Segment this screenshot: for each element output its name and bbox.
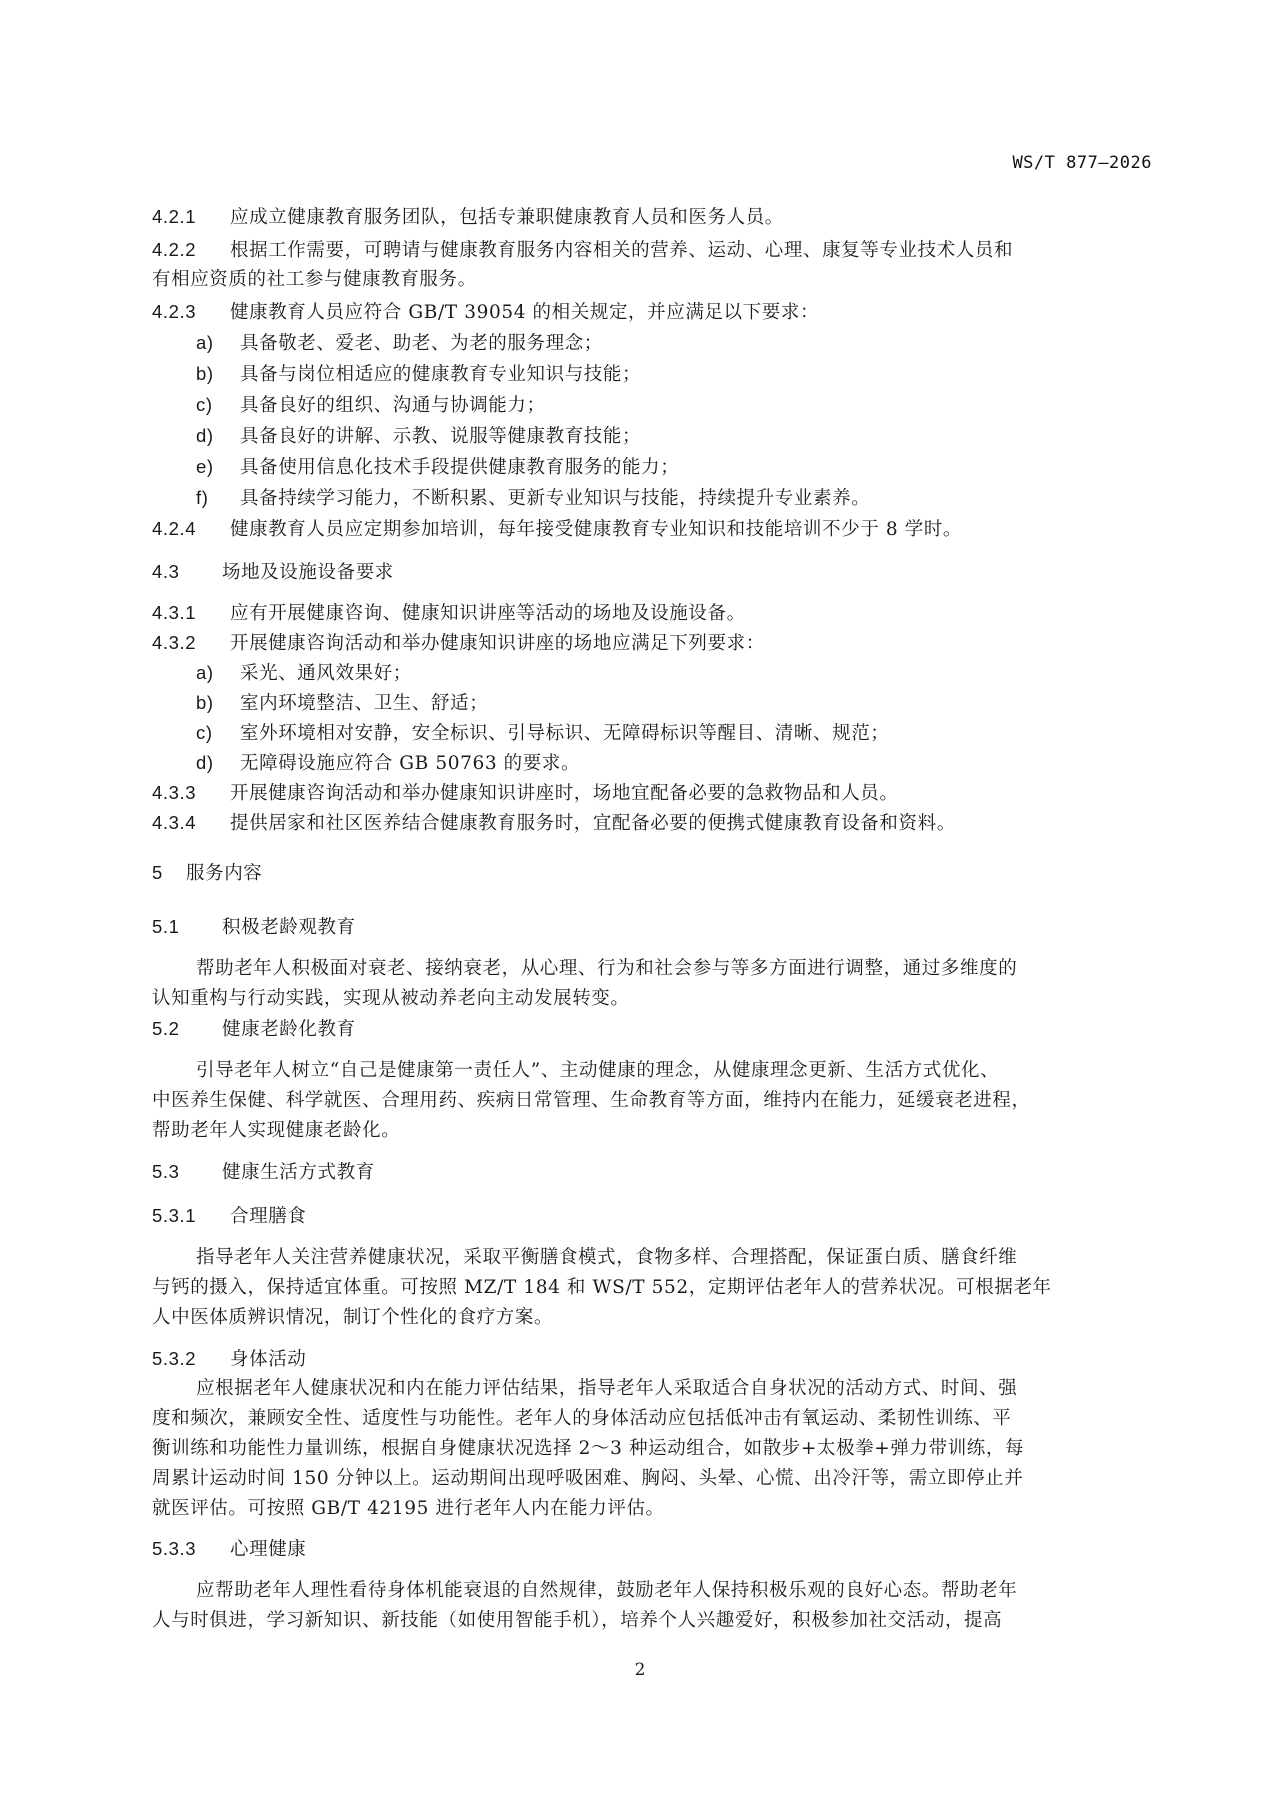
- paragraph-line: 指导老年人关注营养健康状况，采取平衡膳食模式，食物多样、合理搭配，保证蛋白质、膳…: [196, 1246, 1017, 1270]
- paragraph-line: 度和频次，兼顾安全性、适度性与功能性。老年人的身体活动应包括低冲击有氧运动、柔韧…: [152, 1407, 1012, 1431]
- clause-text: 开展健康咨询活动和举办健康知识讲座的场地应满足下列要求：: [230, 633, 765, 654]
- heading-number: 5: [152, 861, 186, 885]
- list-label: a): [196, 661, 240, 685]
- section-heading-4-3: 4.3场地及设施设备要求: [152, 560, 394, 585]
- clause-text: 开展健康咨询活动和举办健康知识讲座时，场地宜配备必要的急救物品和人员。: [230, 783, 899, 804]
- clause-text: 应成立健康教育服务团队，包括专兼职健康教育人员和医务人员。: [230, 207, 784, 228]
- paragraph-line: 应根据老年人健康状况和内在能力评估结果，指导老年人采取适合自身状况的活动方式、时…: [196, 1377, 1017, 1401]
- clause-number: 4.3.4: [152, 811, 230, 835]
- heading-number: 5.3: [152, 1160, 222, 1184]
- list-text: 采光、通风效果好；: [240, 663, 412, 684]
- heading-title: 服务内容: [186, 863, 262, 884]
- list-text: 具备敬老、爱老、助老、为老的服务理念；: [240, 333, 603, 354]
- clause-text: 健康教育人员应定期参加培训，每年接受健康教育专业知识和技能培训不少于 8 学时。: [230, 519, 962, 540]
- heading-title: 场地及设施设备要求: [222, 562, 394, 583]
- paragraph-line: 衡训练和功能性力量训练，根据自身健康状况选择 2～3 种运动组合，如散步+太极拳…: [152, 1437, 1024, 1461]
- list-label: a): [196, 331, 240, 355]
- paragraph-line: 引导老年人树立“自己是健康第一责任人”、主动健康的理念，从健康理念更新、生活方式…: [196, 1059, 999, 1083]
- list-item: a)具备敬老、爱老、助老、为老的服务理念；: [196, 331, 603, 356]
- list-text: 具备使用信息化技术手段提供健康教育服务的能力；: [240, 457, 679, 478]
- paragraph-line: 认知重构与行动实践，实现从被动养老向主动发展转变。: [152, 987, 630, 1011]
- heading-title: 身体活动: [230, 1349, 306, 1370]
- clause-text-continued: 有相应资质的社工参与健康教育服务。: [152, 268, 477, 292]
- list-text: 室外环境相对安静，安全标识、引导标识、无障碍标识等醒目、清晰、规范；: [240, 723, 889, 744]
- subsection-heading-5-3-3: 5.3.3心理健康: [152, 1537, 306, 1562]
- heading-title: 健康老龄化教育: [222, 1019, 356, 1040]
- heading-number: 5.1: [152, 915, 222, 939]
- list-item: b)具备与岗位相适应的健康教育专业知识与技能；: [196, 362, 641, 387]
- clause-number: 4.3.3: [152, 781, 230, 805]
- document-page: WS/T 877—2026 4.2.1应成立健康教育服务团队，包括专兼职健康教育…: [0, 0, 1280, 1810]
- section-heading-5-1: 5.1积极老龄观教育: [152, 915, 356, 940]
- paragraph-line: 应帮助老年人理性看待身体机能衰退的自然规律，鼓励老年人保持积极乐观的良好心态。帮…: [196, 1579, 1017, 1603]
- clause-4-3-3: 4.3.3开展健康咨询活动和举办健康知识讲座时，场地宜配备必要的急救物品和人员。: [152, 781, 899, 806]
- heading-number: 5.3.2: [152, 1347, 230, 1371]
- paragraph-line: 中医养生保健、科学就医、合理用药、疾病日常管理、生命教育等方面，维持内在能力，延…: [152, 1089, 1031, 1113]
- heading-title: 积极老龄观教育: [222, 917, 356, 938]
- subsection-heading-5-3-2: 5.3.2身体活动: [152, 1347, 306, 1372]
- list-text: 具备良好的组织、沟通与协调能力；: [240, 395, 546, 416]
- list-text: 室内环境整洁、卫生、舒适；: [240, 693, 488, 714]
- list-text: 具备与岗位相适应的健康教育专业知识与技能；: [240, 364, 641, 385]
- clause-4-2-1: 4.2.1应成立健康教育服务团队，包括专兼职健康教育人员和医务人员。: [152, 205, 784, 230]
- list-label: d): [196, 424, 240, 448]
- heading-number: 5.3.1: [152, 1204, 230, 1228]
- list-label: b): [196, 362, 240, 386]
- list-label: f): [196, 486, 240, 510]
- clause-4-3-2: 4.3.2开展健康咨询活动和举办健康知识讲座的场地应满足下列要求：: [152, 631, 765, 656]
- clause-text: 根据工作需要，可聘请与健康教育服务内容相关的营养、运动、心理、康复等专业技术人员…: [230, 240, 1013, 261]
- heading-number: 4.3: [152, 560, 222, 584]
- clause-number: 4.2.3: [152, 300, 230, 324]
- list-label: d): [196, 751, 240, 775]
- list-text: 具备持续学习能力，不断积累、更新专业知识与技能，持续提升专业素养。: [240, 488, 870, 509]
- clause-4-2-4: 4.2.4健康教育人员应定期参加培训，每年接受健康教育专业知识和技能培训不少于 …: [152, 517, 962, 542]
- list-item: c)室外环境相对安静，安全标识、引导标识、无障碍标识等醒目、清晰、规范；: [196, 721, 889, 746]
- list-item: f)具备持续学习能力，不断积累、更新专业知识与技能，持续提升专业素养。: [196, 486, 870, 511]
- list-item: b)室内环境整洁、卫生、舒适；: [196, 691, 488, 716]
- subsection-heading-5-3-1: 5.3.1合理膳食: [152, 1204, 306, 1229]
- heading-number: 5.3.3: [152, 1537, 230, 1561]
- clause-4-3-1: 4.3.1应有开展健康咨询、健康知识讲座等活动的场地及设施设备。: [152, 601, 746, 626]
- section-heading-5-3: 5.3健康生活方式教育: [152, 1160, 375, 1185]
- standard-code-header: WS/T 877—2026: [1012, 153, 1152, 173]
- list-item: d)无障碍设施应符合 GB 50763 的要求。: [196, 751, 580, 776]
- clause-4-3-4: 4.3.4提供居家和社区医养结合健康教育服务时，宜配备必要的便携式健康教育设备和…: [152, 811, 956, 836]
- page-number: 2: [0, 1660, 1280, 1680]
- clause-4-2-2: 4.2.2根据工作需要，可聘请与健康教育服务内容相关的营养、运动、心理、康复等专…: [152, 238, 1013, 263]
- clause-text: 健康教育人员应符合 GB/T 39054 的相关规定，并应满足以下要求：: [230, 302, 819, 323]
- section-heading-5-2: 5.2健康老龄化教育: [152, 1017, 356, 1042]
- paragraph-line: 人中医体质辨识情况，制订个性化的食疗方案。: [152, 1306, 553, 1330]
- heading-title: 心理健康: [230, 1539, 306, 1560]
- list-text: 无障碍设施应符合 GB 50763 的要求。: [240, 753, 580, 774]
- list-item: c)具备良好的组织、沟通与协调能力；: [196, 393, 546, 418]
- clause-4-2-3: 4.2.3健康教育人员应符合 GB/T 39054 的相关规定，并应满足以下要求…: [152, 300, 819, 325]
- clause-text: 提供居家和社区医养结合健康教育服务时，宜配备必要的便携式健康教育设备和资料。: [230, 813, 956, 834]
- paragraph-line: 帮助老年人积极面对衰老、接纳衰老，从心理、行为和社会参与等多方面进行调整，通过多…: [196, 957, 1017, 981]
- list-text: 具备良好的讲解、示教、说服等健康教育技能；: [240, 426, 641, 447]
- clause-number: 4.3.2: [152, 631, 230, 655]
- paragraph-line: 帮助老年人实现健康老龄化。: [152, 1119, 400, 1143]
- paragraph-line: 就医评估。可按照 GB/T 42195 进行老年人内在能力评估。: [152, 1497, 665, 1521]
- clause-number: 4.2.1: [152, 205, 230, 229]
- chapter-heading-5: 5服务内容: [152, 861, 262, 886]
- clause-number: 4.2.4: [152, 517, 230, 541]
- list-item: a)采光、通风效果好；: [196, 661, 412, 686]
- clause-number: 4.2.2: [152, 238, 230, 262]
- heading-title: 合理膳食: [230, 1206, 306, 1227]
- list-label: c): [196, 393, 240, 417]
- heading-title: 健康生活方式教育: [222, 1162, 375, 1183]
- clause-number: 4.3.1: [152, 601, 230, 625]
- paragraph-line: 人与时俱进，学习新知识、新技能（如使用智能手机），培养个人兴趣爱好，积极参加社交…: [152, 1609, 1002, 1633]
- list-item: e)具备使用信息化技术手段提供健康教育服务的能力；: [196, 455, 679, 480]
- list-label: b): [196, 691, 240, 715]
- list-label: e): [196, 455, 240, 479]
- clause-text: 应有开展健康咨询、健康知识讲座等活动的场地及设施设备。: [230, 603, 746, 624]
- list-item: d)具备良好的讲解、示教、说服等健康教育技能；: [196, 424, 641, 449]
- paragraph-line: 周累计运动时间 150 分钟以上。运动期间出现呼吸困难、胸闷、头晕、心慌、出冷汗…: [152, 1467, 1023, 1491]
- list-label: c): [196, 721, 240, 745]
- paragraph-line: 与钙的摄入，保持适宜体重。可按照 MZ/T 184 和 WS/T 552，定期评…: [152, 1276, 1052, 1300]
- heading-number: 5.2: [152, 1017, 222, 1041]
